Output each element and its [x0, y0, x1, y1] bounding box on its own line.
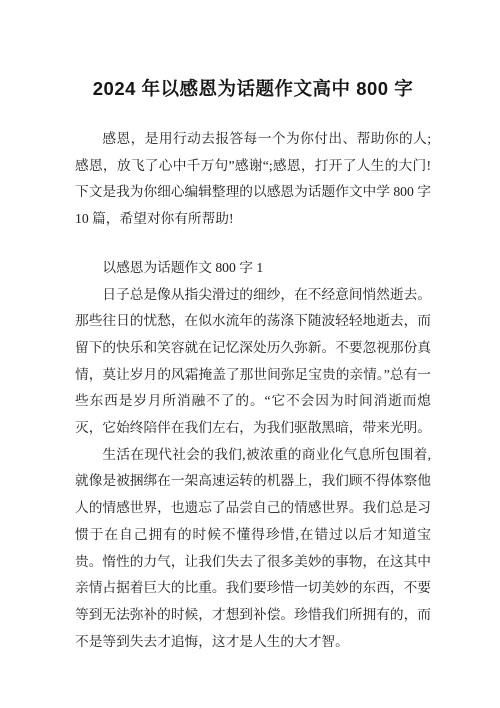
document-page: 2024 年以感恩为话题作文高中 800 字 感恩，是用行动去报答每一个为你付出… — [0, 0, 500, 708]
intro-paragraph: 感恩，是用行动去报答每一个为你付出、帮助你的人;感恩，放飞了心中千万句”感谢“;… — [75, 126, 431, 233]
essay-paragraph-2: 生活在现代社会的我们,被浓重的商业化气息所包围着,就像是被捆绑在一架高速运转的机… — [75, 442, 431, 656]
section-heading: 以感恩为话题作文 800 字 1 — [75, 255, 431, 282]
document-title: 2024 年以感恩为话题作文高中 800 字 — [75, 77, 431, 100]
essay-paragraph-1: 日子总是像从指尖滑过的细纱，在不经意间悄然逝去。那些往日的忧愁，在似水流年的荡涤… — [75, 282, 431, 442]
